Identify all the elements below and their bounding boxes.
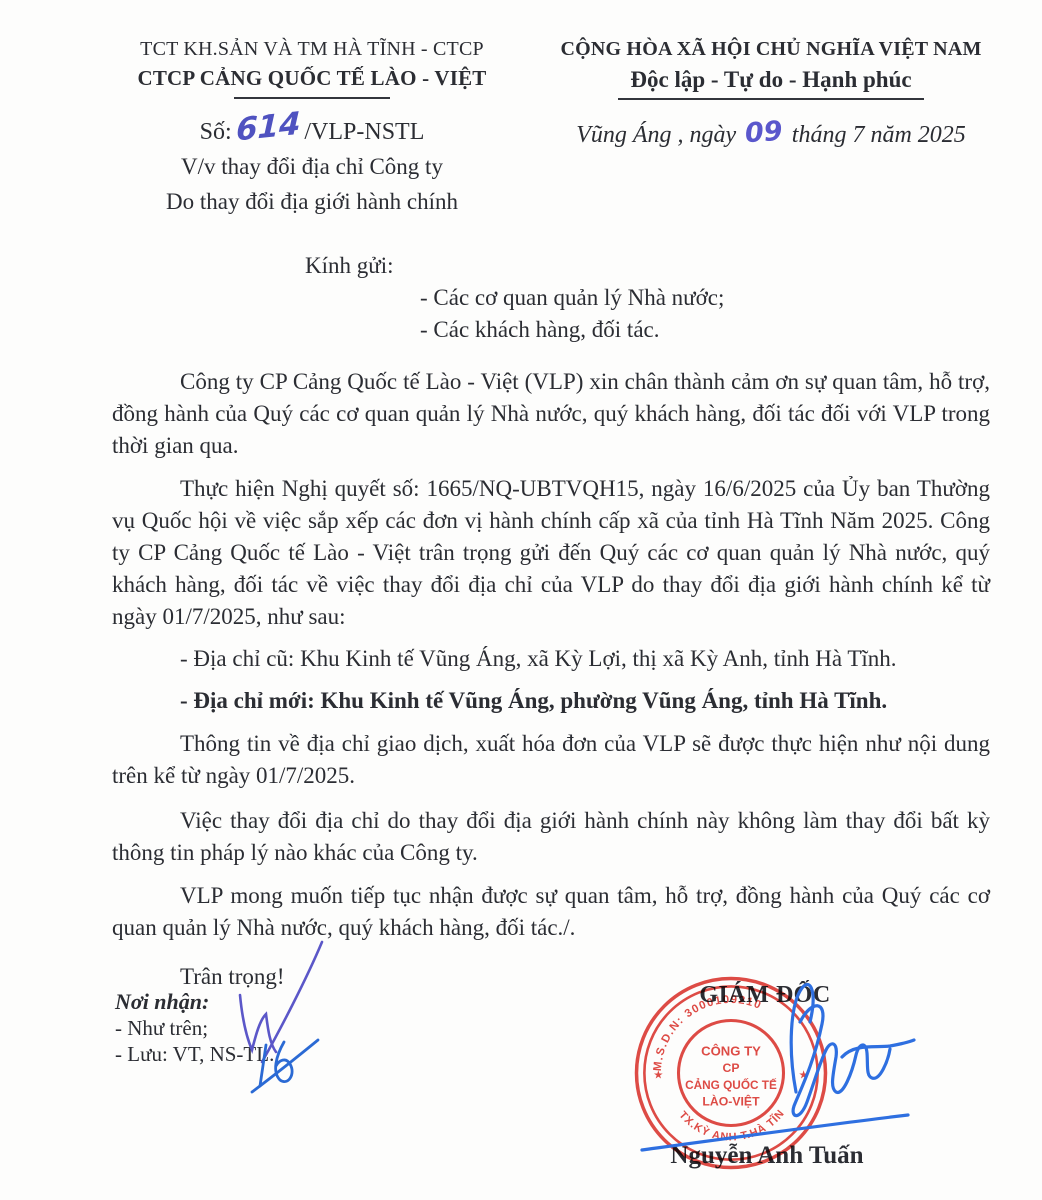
- document-number-handwritten: 614: [235, 105, 301, 148]
- paragraph-wish: VLP mong muốn tiếp tục nhận được sự quan…: [112, 880, 990, 944]
- parent-org-name: TCT KH.SẢN VÀ TM HÀ TĨNH - CTCP: [92, 38, 532, 61]
- document-number-line: Số:614/VLP-NSTL: [92, 111, 532, 147]
- seal-center-line2: CP: [722, 1061, 739, 1075]
- letter-body: Kính gửi: - Các cơ quan quản lý Nhà nước…: [112, 250, 990, 993]
- seal-center-line1: CÔNG TY: [701, 1044, 761, 1059]
- place-date-line: Vũng Áng , ngày 09 tháng 7 năm 2025: [528, 118, 1014, 149]
- new-address-line: - Địa chỉ mới: Khu Kinh tế Vũng Áng, phư…: [112, 685, 990, 717]
- motto-underline: [618, 98, 924, 100]
- national-motto-line1: CỘNG HÒA XÃ HỘI CHỦ NGHĨA VIỆT NAM: [528, 38, 1014, 61]
- date-day-handwritten: 09: [744, 116, 784, 150]
- national-header: CỘNG HÒA XÃ HỘI CHỦ NGHĨA VIỆT NAM Độc l…: [528, 38, 1014, 149]
- seal-center-line4: LÀO-VIỆT: [702, 1093, 760, 1108]
- seal-rim-top-text: M.S.D.N: 3000109210: [652, 994, 764, 1072]
- paragraph-legal-note: Việc thay đổi địa chỉ do thay đổi địa gi…: [112, 805, 990, 869]
- noi-nhan-item: - Lưu: VT, NS-TL.: [115, 1041, 274, 1067]
- subject-line-1: V/v thay đổi địa chỉ Công ty: [92, 151, 532, 182]
- place-date-prefix: Vũng Áng , ngày: [576, 122, 736, 148]
- paragraph-invoice-info: Thông tin về địa chỉ giao dịch, xuất hóa…: [112, 728, 990, 792]
- old-address-line: - Địa chỉ cũ: Khu Kinh tế Vũng Áng, xã K…: [112, 643, 990, 675]
- noi-nhan-label: Nơi nhận:: [115, 989, 274, 1015]
- issuer-header: TCT KH.SẢN VÀ TM HÀ TĨNH - CTCP CTCP CẢN…: [92, 38, 532, 217]
- national-motto-line2: Độc lập - Tự do - Hạnh phúc: [528, 67, 1014, 93]
- place-date-suffix: tháng 7 năm 2025: [792, 122, 966, 148]
- recipient-item: - Các khách hàng, đối tác.: [112, 314, 990, 346]
- scanned-letter: TCT KH.SẢN VÀ TM HÀ TĨNH - CTCP CTCP CẢN…: [0, 0, 1042, 1200]
- company-name: CTCP CẢNG QUỐC TẾ LÀO - VIỆT: [92, 66, 532, 91]
- subject-line-2: Do thay đổi địa giới hành chính: [92, 186, 532, 217]
- company-name-underline: [234, 97, 390, 99]
- paragraph-resolution: Thực hiện Nghị quyết số: 1665/NQ-UBTVQH1…: [112, 473, 990, 633]
- seal-star-left-icon: ★: [653, 1069, 663, 1081]
- paragraph-thanks: Công ty CP Cảng Quốc tế Lào - Việt (VLP)…: [112, 366, 990, 462]
- company-seal: M.S.D.N: 3000109210 TX.KỲ ANH T.HÀ TĨNH …: [633, 975, 829, 1171]
- seal-star-right-icon: ★: [799, 1069, 809, 1081]
- noi-nhan-block: Nơi nhận: - Như trên; - Lưu: VT, NS-TL.: [115, 989, 274, 1067]
- salutation: Kính gửi:: [112, 250, 990, 282]
- document-number-label: Số:: [200, 119, 232, 145]
- recipient-item: - Các cơ quan quản lý Nhà nước;: [112, 282, 990, 314]
- seal-center-line3: CẢNG QUỐC TẾ: [685, 1078, 777, 1092]
- document-page: { "header": { "left": { "org_parent": "T…: [0, 0, 1042, 1200]
- noi-nhan-item: - Như trên;: [115, 1015, 274, 1041]
- document-number-suffix: /VLP-NSTL: [304, 119, 424, 145]
